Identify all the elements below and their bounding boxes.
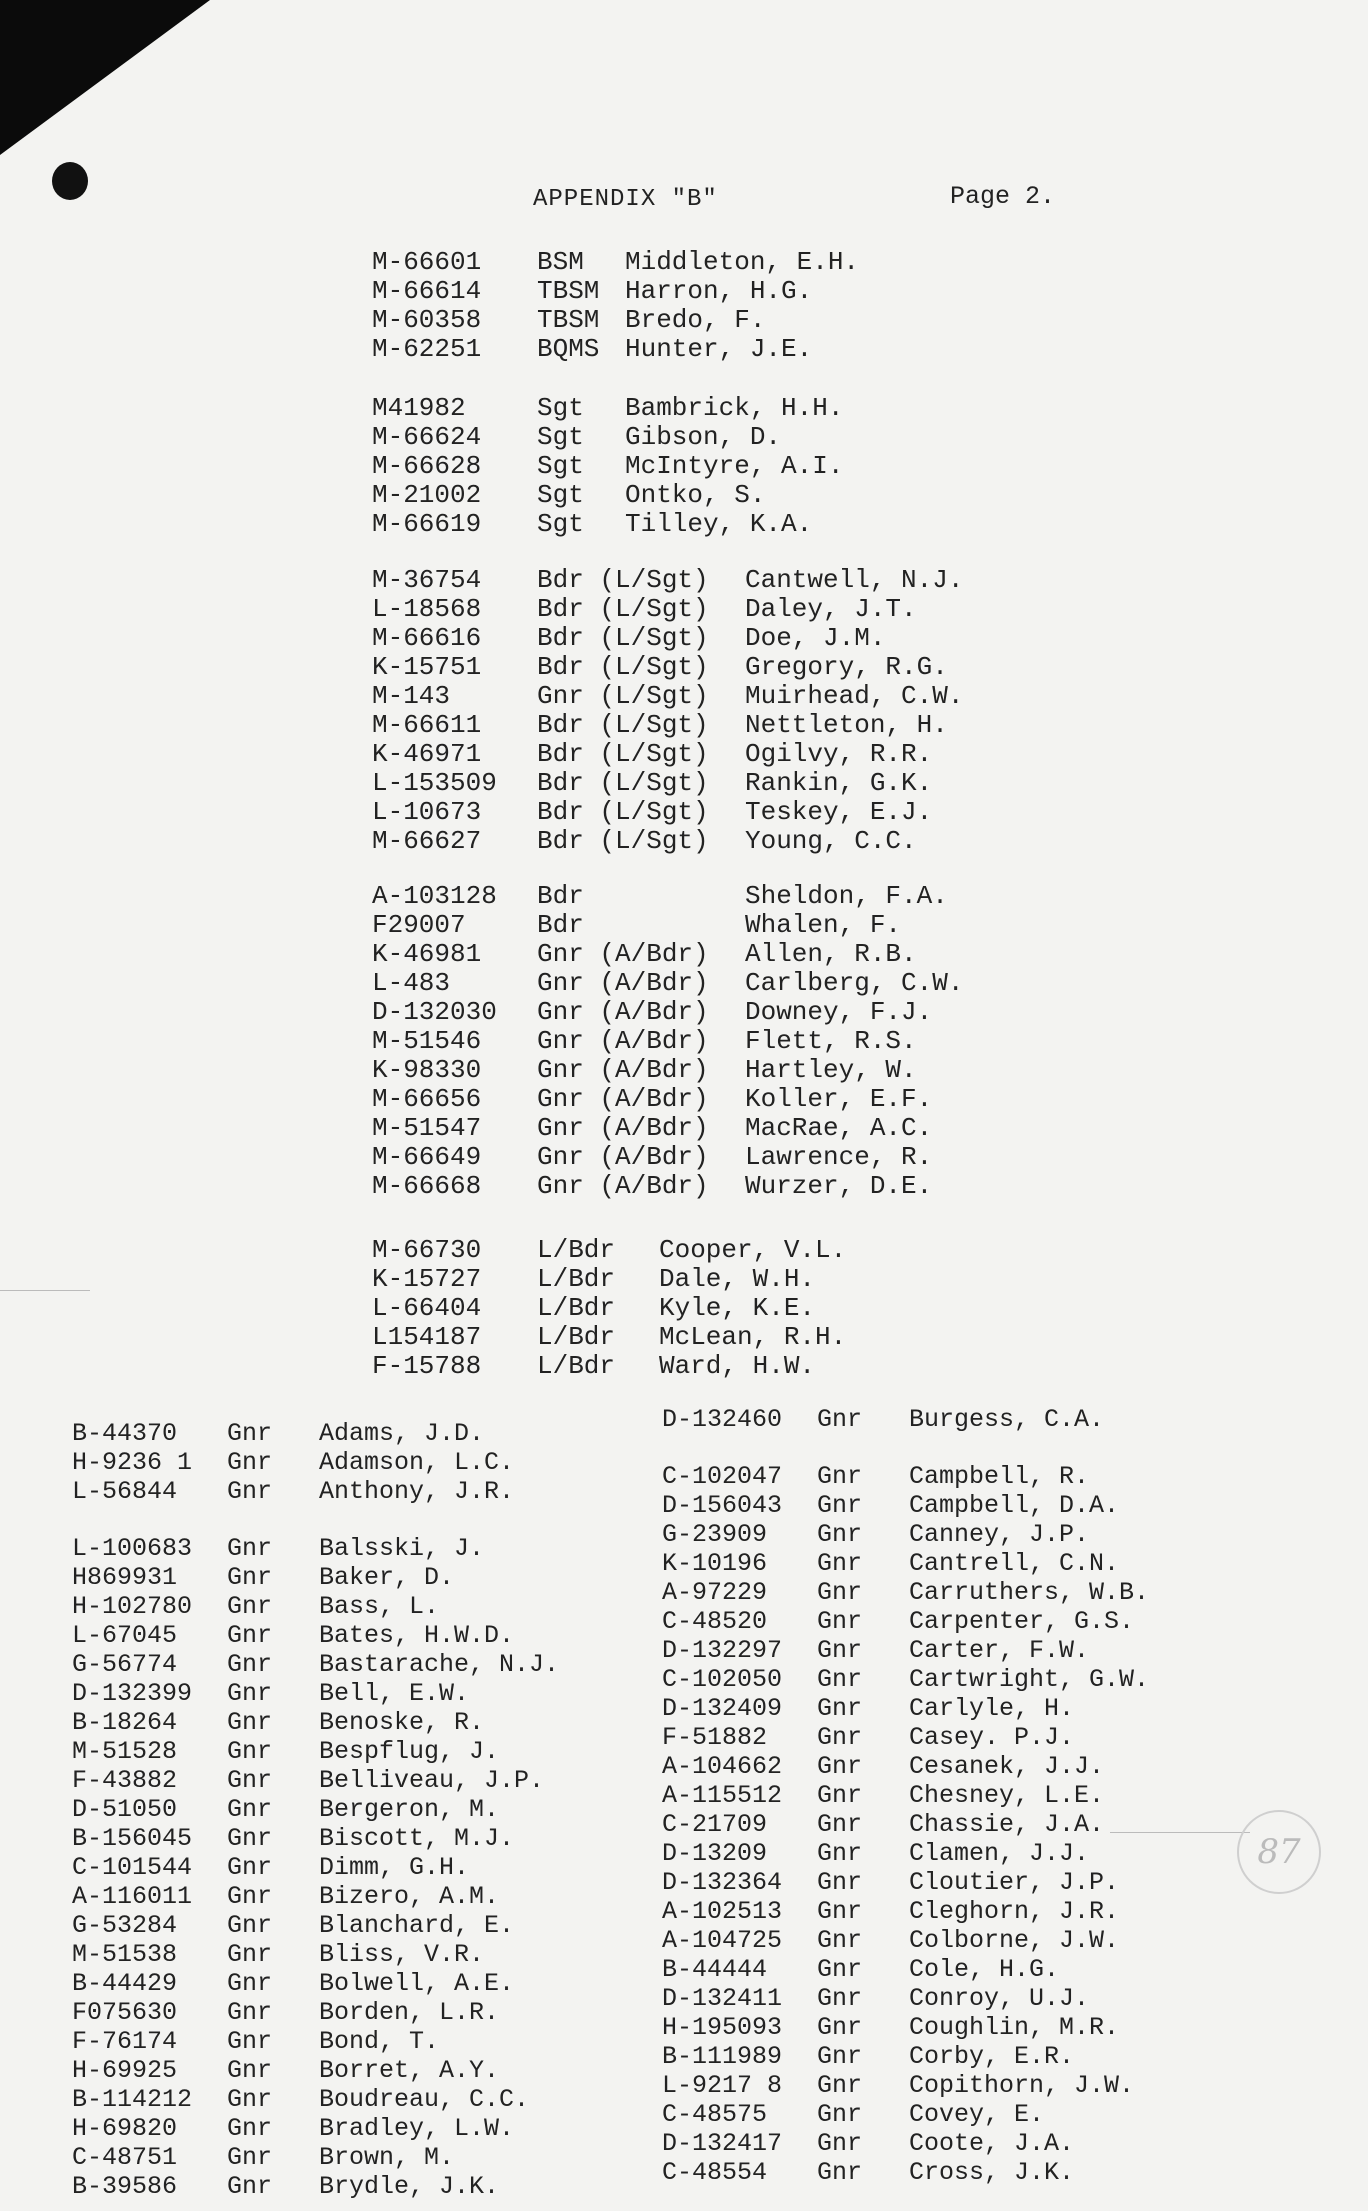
service-number: M-51538 — [72, 1941, 227, 1970]
service-number: L-153509 — [372, 769, 537, 798]
rank: Gnr — [227, 1854, 319, 1883]
gunners-left-column: B-44370GnrAdams, J.D.H-9236 1GnrAdamson,… — [72, 1420, 559, 2202]
rank: Gnr — [227, 1709, 319, 1738]
rank: Gnr — [227, 1999, 319, 2028]
service-number: M-21002 — [372, 481, 537, 510]
rank: Gnr — [817, 1550, 909, 1579]
roster-row: F-15788L/BdrWard, H.W. — [372, 1352, 846, 1381]
service-number: L-56844 — [72, 1478, 227, 1507]
roster-row: D-13209GnrClamen, J.J. — [662, 1840, 1149, 1869]
rank: BSM — [537, 248, 625, 277]
service-number: M-62251 — [372, 335, 537, 364]
service-number: M-66624 — [372, 423, 537, 452]
rank: Gnr — [817, 1724, 909, 1753]
roster-row: K-46971Bdr (L/Sgt)Ogilvy, R.R. — [372, 740, 963, 769]
soldier-name: Chesney, L.E. — [909, 1781, 1104, 1810]
soldier-name: Bliss, V.R. — [319, 1940, 484, 1969]
soldier-name: MacRae, A.C. — [745, 1113, 932, 1143]
service-number: B-114212 — [72, 2086, 227, 2115]
service-number: B-156045 — [72, 1825, 227, 1854]
roster-row: C-48751GnrBrown, M. — [72, 2144, 559, 2173]
service-number: C-48554 — [662, 2159, 817, 2188]
rank: Gnr (A/Bdr) — [537, 998, 745, 1027]
roster-row: A-116011GnrBizero, A.M. — [72, 1883, 559, 1912]
rank-group: M-66730L/BdrCooper, V.L.K-15727L/BdrDale… — [372, 1236, 846, 1381]
rank: Gnr — [227, 1680, 319, 1709]
soldier-name: Bergeron, M. — [319, 1795, 499, 1824]
roster-row: C-102047GnrCampbell, R. — [662, 1463, 1149, 1492]
service-number: D-156043 — [662, 1492, 817, 1521]
rank: Gnr — [817, 2130, 909, 2159]
service-number: B-111989 — [662, 2043, 817, 2072]
rank: Gnr — [227, 1593, 319, 1622]
roster-row: M-66656Gnr (A/Bdr)Koller, E.F. — [372, 1085, 963, 1114]
roster-row: L-10673Bdr (L/Sgt)Teskey, E.J. — [372, 798, 963, 827]
soldier-name: Clamen, J.J. — [909, 1839, 1089, 1868]
service-number: K-15751 — [372, 653, 537, 682]
roster-row: A-97229GnrCarruthers, W.B. — [662, 1579, 1149, 1608]
rank: Gnr — [817, 1898, 909, 1927]
soldier-name: Bespflug, J. — [319, 1737, 499, 1766]
rank: Gnr — [817, 1579, 909, 1608]
soldier-name: Hunter, J.E. — [625, 334, 812, 364]
soldier-name: Baker, D. — [319, 1563, 454, 1592]
rank: Bdr (L/Sgt) — [537, 798, 745, 827]
soldier-name: Anthony, J.R. — [319, 1477, 514, 1506]
soldier-name: Belliveau, J.P. — [319, 1766, 544, 1795]
roster-row: D-132364GnrCloutier, J.P. — [662, 1869, 1149, 1898]
service-number: F-15788 — [372, 1352, 537, 1381]
scan-artifact-line — [0, 1290, 90, 1291]
rank: Gnr (A/Bdr) — [537, 1172, 745, 1201]
service-number: A-116011 — [72, 1883, 227, 1912]
rank: Sgt — [537, 394, 625, 423]
soldier-name: Carlyle, H. — [909, 1694, 1074, 1723]
service-number: C-48575 — [662, 2101, 817, 2130]
service-number: M-66730 — [372, 1236, 537, 1265]
soldier-name: Dimm, G.H. — [319, 1853, 469, 1882]
soldier-name: Daley, J.T. — [745, 594, 917, 624]
soldier-name: Gregory, R.G. — [745, 652, 948, 682]
rank: Gnr — [817, 1695, 909, 1724]
rank: Gnr — [227, 2028, 319, 2057]
rank: TBSM — [537, 306, 625, 335]
roster-row: G-23909GnrCanney, J.P. — [662, 1521, 1149, 1550]
service-number: F075630 — [72, 1999, 227, 2028]
rank: Gnr — [227, 1449, 319, 1478]
rank: Bdr (L/Sgt) — [537, 769, 745, 798]
soldier-name: Borden, L.R. — [319, 1998, 499, 2027]
soldier-name: Bates, H.W.D. — [319, 1621, 514, 1650]
roster-row: D-156043GnrCampbell, D.A. — [662, 1492, 1149, 1521]
roster-row: K-46981Gnr (A/Bdr)Allen, R.B. — [372, 940, 963, 969]
spacer — [72, 1507, 559, 1535]
service-number: M-66627 — [372, 827, 537, 856]
rank: Gnr — [227, 1796, 319, 1825]
roster-row: H-195093GnrCoughlin, M.R. — [662, 2014, 1149, 2043]
service-number: M-66628 — [372, 452, 537, 481]
soldier-name: Carter, F.W. — [909, 1636, 1089, 1665]
roster-row: M-51528GnrBespflug, J. — [72, 1738, 559, 1767]
soldier-name: Borret, A.Y. — [319, 2056, 499, 2085]
roster-row: D-132399GnrBell, E.W. — [72, 1680, 559, 1709]
service-number: K-98330 — [372, 1056, 537, 1085]
service-number: F-76174 — [72, 2028, 227, 2057]
service-number: B-18264 — [72, 1709, 227, 1738]
soldier-name: Lawrence, R. — [745, 1142, 932, 1172]
soldier-name: Brydle, J.K. — [319, 2172, 499, 2201]
service-number: M-66668 — [372, 1172, 537, 1201]
rank: L/Bdr — [537, 1236, 659, 1265]
service-number: M-66656 — [372, 1085, 537, 1114]
rank: Gnr — [227, 1622, 319, 1651]
soldier-name: Young, C.C. — [745, 826, 917, 856]
soldier-name: Canney, J.P. — [909, 1520, 1089, 1549]
roster-row: M-66628SgtMcIntyre, A.I. — [372, 452, 843, 481]
service-number: K-46981 — [372, 940, 537, 969]
roster-row: D-132030Gnr (A/Bdr)Downey, F.J. — [372, 998, 963, 1027]
soldier-name: Covey, E. — [909, 2100, 1044, 2129]
rank: Gnr — [817, 2014, 909, 2043]
roster-row: K-15727L/BdrDale, W.H. — [372, 1265, 846, 1294]
service-number: G-53284 — [72, 1912, 227, 1941]
soldier-name: McLean, R.H. — [659, 1322, 846, 1352]
rank: Gnr (A/Bdr) — [537, 969, 745, 998]
service-number: C-48520 — [662, 1608, 817, 1637]
roster-row: L-67045GnrBates, H.W.D. — [72, 1622, 559, 1651]
roster-row: L-56844GnrAnthony, J.R. — [72, 1478, 559, 1507]
roster-row: C-21709GnrChassie, J.A. — [662, 1811, 1149, 1840]
roster-row: B-44429GnrBolwell, A.E. — [72, 1970, 559, 1999]
roster-row: B-39586GnrBrydle, J.K. — [72, 2173, 559, 2202]
soldier-name: Cartwright, G.W. — [909, 1665, 1149, 1694]
service-number: L-10673 — [372, 798, 537, 827]
service-number: D-132460 — [662, 1406, 817, 1435]
roster-row: M-62251BQMSHunter, J.E. — [372, 335, 859, 364]
soldier-name: Copithorn, J.W. — [909, 2071, 1134, 2100]
roster-row: L-100683GnrBalsski, J. — [72, 1535, 559, 1564]
service-number: F-43882 — [72, 1767, 227, 1796]
service-number: C-102047 — [662, 1463, 817, 1492]
soldier-name: Colborne, J.W. — [909, 1926, 1119, 1955]
soldier-name: Brown, M. — [319, 2143, 454, 2172]
soldier-name: Teskey, E.J. — [745, 797, 932, 827]
soldier-name: Biscott, M.J. — [319, 1824, 514, 1853]
roster-row: M-66619SgtTilley, K.A. — [372, 510, 843, 539]
rank: Gnr (A/Bdr) — [537, 1114, 745, 1143]
soldier-name: Ward, H.W. — [659, 1351, 815, 1381]
roster-row: H869931GnrBaker, D. — [72, 1564, 559, 1593]
roster-row: F-51882GnrCasey. P.J. — [662, 1724, 1149, 1753]
service-number: M-66614 — [372, 277, 537, 306]
rank: Gnr — [817, 1782, 909, 1811]
soldier-name: Coote, J.A. — [909, 2129, 1074, 2158]
scan-artifact-line — [1110, 1832, 1250, 1833]
service-number: F-51882 — [662, 1724, 817, 1753]
service-number: D-132297 — [662, 1637, 817, 1666]
rank: Bdr (L/Sgt) — [537, 711, 745, 740]
roster-row: M41982SgtBambrick, H.H. — [372, 394, 843, 423]
soldier-name: Rankin, G.K. — [745, 768, 932, 798]
service-number: H869931 — [72, 1564, 227, 1593]
rank: Gnr — [817, 1753, 909, 1782]
service-number: M-36754 — [372, 566, 537, 595]
service-number: C-48751 — [72, 2144, 227, 2173]
roster-row: K-15751Bdr (L/Sgt)Gregory, R.G. — [372, 653, 963, 682]
roster-row: A-103128BdrSheldon, F.A. — [372, 882, 963, 911]
soldier-name: Conroy, U.J. — [909, 1984, 1089, 2013]
rank: Bdr (L/Sgt) — [537, 827, 745, 856]
rank: Gnr — [227, 1970, 319, 1999]
rank: Sgt — [537, 452, 625, 481]
roster-row: M-66668Gnr (A/Bdr)Wurzer, D.E. — [372, 1172, 963, 1201]
soldier-name: Carruthers, W.B. — [909, 1578, 1149, 1607]
rank: Gnr — [227, 1564, 319, 1593]
soldier-name: Burgess, C.A. — [909, 1405, 1104, 1434]
rank: Gnr — [227, 1651, 319, 1680]
rank: Gnr (A/Bdr) — [537, 1085, 745, 1114]
service-number: H-69820 — [72, 2115, 227, 2144]
soldier-name: Bizero, A.M. — [319, 1882, 499, 1911]
soldier-name: Gibson, D. — [625, 422, 781, 452]
roster-row: L-9217 8GnrCopithorn, J.W. — [662, 2072, 1149, 2101]
roster-row: M-66611Bdr (L/Sgt)Nettleton, H. — [372, 711, 963, 740]
rank: Gnr — [817, 2159, 909, 2188]
roster-row: A-104662GnrCesanek, J.J. — [662, 1753, 1149, 1782]
rank-group: A-103128BdrSheldon, F.A.F29007BdrWhalen,… — [372, 882, 963, 1201]
roster-row: B-111989GnrCorby, E.R. — [662, 2043, 1149, 2072]
service-number: K-15727 — [372, 1265, 537, 1294]
roster-row: K-10196GnrCantrell, C.N. — [662, 1550, 1149, 1579]
service-number: A-104725 — [662, 1927, 817, 1956]
roster-row: G-53284GnrBlanchard, E. — [72, 1912, 559, 1941]
rank: Gnr — [817, 1521, 909, 1550]
service-number: G-23909 — [662, 1521, 817, 1550]
rank: Gnr — [817, 1811, 909, 1840]
rank: Gnr (A/Bdr) — [537, 1027, 745, 1056]
roster-row: C-48554GnrCross, J.K. — [662, 2159, 1149, 2188]
roster-row: C-48520GnrCarpenter, G.S. — [662, 1608, 1149, 1637]
roster-row: A-102513GnrCleghorn, J.R. — [662, 1898, 1149, 1927]
soldier-name: Campbell, R. — [909, 1462, 1089, 1491]
service-number: B-44370 — [72, 1420, 227, 1449]
rank-group: M41982SgtBambrick, H.H.M-66624SgtGibson,… — [372, 394, 843, 539]
rank: Gnr — [817, 1637, 909, 1666]
roster-row: M-66624SgtGibson, D. — [372, 423, 843, 452]
rank: Bdr (L/Sgt) — [537, 595, 745, 624]
service-number: H-69925 — [72, 2057, 227, 2086]
service-number: M-51528 — [72, 1738, 227, 1767]
soldier-name: Koller, E.F. — [745, 1084, 932, 1114]
rank: Sgt — [537, 510, 625, 539]
soldier-name: Cooper, V.L. — [659, 1235, 846, 1265]
service-number: K-46971 — [372, 740, 537, 769]
rank: Gnr — [227, 1883, 319, 1912]
soldier-name: Whalen, F. — [745, 910, 901, 940]
soldier-name: Blanchard, E. — [319, 1911, 514, 1940]
roster-row: M-60358TBSMBredo, F. — [372, 306, 859, 335]
soldier-name: Cleghorn, J.R. — [909, 1897, 1119, 1926]
soldier-name: Bond, T. — [319, 2027, 439, 2056]
rank: L/Bdr — [537, 1323, 659, 1352]
rank: Gnr — [817, 1840, 909, 1869]
rank: Sgt — [537, 481, 625, 510]
soldier-name: Carlberg, C.W. — [745, 968, 963, 998]
service-number: C-101544 — [72, 1854, 227, 1883]
roster-row: D-51050GnrBergeron, M. — [72, 1796, 559, 1825]
spacer — [662, 1435, 1149, 1463]
service-number: L-66404 — [372, 1294, 537, 1323]
service-number: L-483 — [372, 969, 537, 998]
soldier-name: Bradley, L.W. — [319, 2114, 514, 2143]
roster-row: M-21002SgtOntko, S. — [372, 481, 843, 510]
roster-row: M-66614TBSMHarron, H.G. — [372, 277, 859, 306]
service-number: M-66649 — [372, 1143, 537, 1172]
rank: Gnr — [817, 1492, 909, 1521]
service-number: A-115512 — [662, 1782, 817, 1811]
appendix-title: APPENDIX "B" — [533, 186, 718, 213]
rank: BQMS — [537, 335, 625, 364]
service-number: A-104662 — [662, 1753, 817, 1782]
rank: Gnr — [227, 1535, 319, 1564]
rank: Gnr — [817, 2101, 909, 2130]
soldier-name: Campbell, D.A. — [909, 1491, 1119, 1520]
service-number: C-102050 — [662, 1666, 817, 1695]
scan-corner-shadow — [0, 0, 210, 155]
roster-row: D-132297GnrCarter, F.W. — [662, 1637, 1149, 1666]
soldier-name: Balsski, J. — [319, 1534, 484, 1563]
rank: Gnr — [817, 1608, 909, 1637]
roster-row: C-102050GnrCartwright, G.W. — [662, 1666, 1149, 1695]
service-number: L-100683 — [72, 1535, 227, 1564]
soldier-name: McIntyre, A.I. — [625, 451, 843, 481]
service-number: A-102513 — [662, 1898, 817, 1927]
soldier-name: Adams, J.D. — [319, 1419, 484, 1448]
roster-row: M-36754Bdr (L/Sgt)Cantwell, N.J. — [372, 566, 963, 595]
roster-row: L-66404L/BdrKyle, K.E. — [372, 1294, 846, 1323]
soldier-name: Doe, J.M. — [745, 623, 885, 653]
roster-row: D-132411GnrConroy, U.J. — [662, 1985, 1149, 2014]
service-number: A-103128 — [372, 882, 537, 911]
rank: Gnr (L/Sgt) — [537, 682, 745, 711]
soldier-name: Coughlin, M.R. — [909, 2013, 1119, 2042]
roster-row: B-44370GnrAdams, J.D. — [72, 1420, 559, 1449]
rank: Bdr (L/Sgt) — [537, 566, 745, 595]
roster-row: C-101544GnrDimm, G.H. — [72, 1854, 559, 1883]
roster-row: A-115512GnrChesney, L.E. — [662, 1782, 1149, 1811]
rank: Gnr — [817, 1869, 909, 1898]
service-number: H-9236 1 — [72, 1449, 227, 1478]
rank: L/Bdr — [537, 1265, 659, 1294]
soldier-name: Ontko, S. — [625, 480, 765, 510]
service-number: B-44444 — [662, 1956, 817, 1985]
rank-group: M-36754Bdr (L/Sgt)Cantwell, N.J.L-18568B… — [372, 566, 963, 856]
service-number: D-132364 — [662, 1869, 817, 1898]
soldier-name: Allen, R.B. — [745, 939, 917, 969]
soldier-name: Casey. P.J. — [909, 1723, 1074, 1752]
roster-row: M-143Gnr (L/Sgt)Muirhead, C.W. — [372, 682, 963, 711]
rank: Bdr (L/Sgt) — [537, 624, 745, 653]
rank: Gnr — [817, 1956, 909, 1985]
soldier-name: Bass, L. — [319, 1592, 439, 1621]
rank: Gnr — [817, 1406, 909, 1435]
rank: L/Bdr — [537, 1294, 659, 1323]
soldier-name: Bredo, F. — [625, 305, 765, 335]
service-number: A-97229 — [662, 1579, 817, 1608]
rank: Gnr (A/Bdr) — [537, 940, 745, 969]
roster-row: F29007BdrWhalen, F. — [372, 911, 963, 940]
rank: Gnr — [817, 2072, 909, 2101]
soldier-name: Carpenter, G.S. — [909, 1607, 1134, 1636]
roster-row: B-156045GnrBiscott, M.J. — [72, 1825, 559, 1854]
service-number: L154187 — [372, 1323, 537, 1352]
rank: Gnr — [227, 2086, 319, 2115]
roster-row: M-51547Gnr (A/Bdr)MacRae, A.C. — [372, 1114, 963, 1143]
service-number: K-10196 — [662, 1550, 817, 1579]
soldier-name: Corby, E.R. — [909, 2042, 1074, 2071]
service-number: B-39586 — [72, 2173, 227, 2202]
service-number: M41982 — [372, 394, 537, 423]
rank: L/Bdr — [537, 1352, 659, 1381]
rank: Gnr — [227, 1912, 319, 1941]
roster-row: M-66730L/BdrCooper, V.L. — [372, 1236, 846, 1265]
roster-row: B-44444GnrCole, H.G. — [662, 1956, 1149, 1985]
rank: Gnr — [227, 1478, 319, 1507]
rank: Gnr — [817, 1463, 909, 1492]
soldier-name: Sheldon, F.A. — [745, 881, 948, 911]
soldier-name: Nettleton, H. — [745, 710, 948, 740]
service-number: D-132417 — [662, 2130, 817, 2159]
rank-group: M-66601BSMMiddleton, E.H.M-66614TBSMHarr… — [372, 248, 859, 364]
soldier-name: Muirhead, C.W. — [745, 681, 963, 711]
roster-row: B-18264GnrBenoske, R. — [72, 1709, 559, 1738]
roster-row: L-483Gnr (A/Bdr)Carlberg, C.W. — [372, 969, 963, 998]
service-number: L-9217 8 — [662, 2072, 817, 2101]
service-number: L-18568 — [372, 595, 537, 624]
soldier-name: Harron, H.G. — [625, 276, 812, 306]
soldier-name: Tilley, K.A. — [625, 509, 812, 539]
rank: Gnr — [227, 2057, 319, 2086]
roster-row: C-48575GnrCovey, E. — [662, 2101, 1149, 2130]
rank: Gnr — [227, 1825, 319, 1854]
service-number: F29007 — [372, 911, 537, 940]
roster-row: F075630GnrBorden, L.R. — [72, 1999, 559, 2028]
roster-row: G-56774GnrBastarache, N.J. — [72, 1651, 559, 1680]
roster-row: B-114212GnrBoudreau, C.C. — [72, 2086, 559, 2115]
service-number: D-132409 — [662, 1695, 817, 1724]
soldier-name: Kyle, K.E. — [659, 1293, 815, 1323]
rank: Gnr — [227, 1941, 319, 1970]
soldier-name: Chassie, J.A. — [909, 1810, 1104, 1839]
rank: Gnr — [227, 1738, 319, 1767]
service-number: M-66619 — [372, 510, 537, 539]
soldier-name: Hartley, W. — [745, 1055, 917, 1085]
rank: Bdr — [537, 911, 745, 940]
service-number: M-51547 — [372, 1114, 537, 1143]
rank: TBSM — [537, 277, 625, 306]
soldier-name: Bell, E.W. — [319, 1679, 469, 1708]
soldier-name: Adamson, L.C. — [319, 1448, 514, 1477]
roster-row: F-43882GnrBelliveau, J.P. — [72, 1767, 559, 1796]
soldier-name: Cantwell, N.J. — [745, 565, 963, 595]
rank: Bdr (L/Sgt) — [537, 653, 745, 682]
soldier-name: Cantrell, C.N. — [909, 1549, 1119, 1578]
rank: Gnr — [817, 1985, 909, 2014]
soldier-name: Flett, R.S. — [745, 1026, 917, 1056]
roster-row: H-69820GnrBradley, L.W. — [72, 2115, 559, 2144]
service-number: D-51050 — [72, 1796, 227, 1825]
soldier-name: Dale, W.H. — [659, 1264, 815, 1294]
